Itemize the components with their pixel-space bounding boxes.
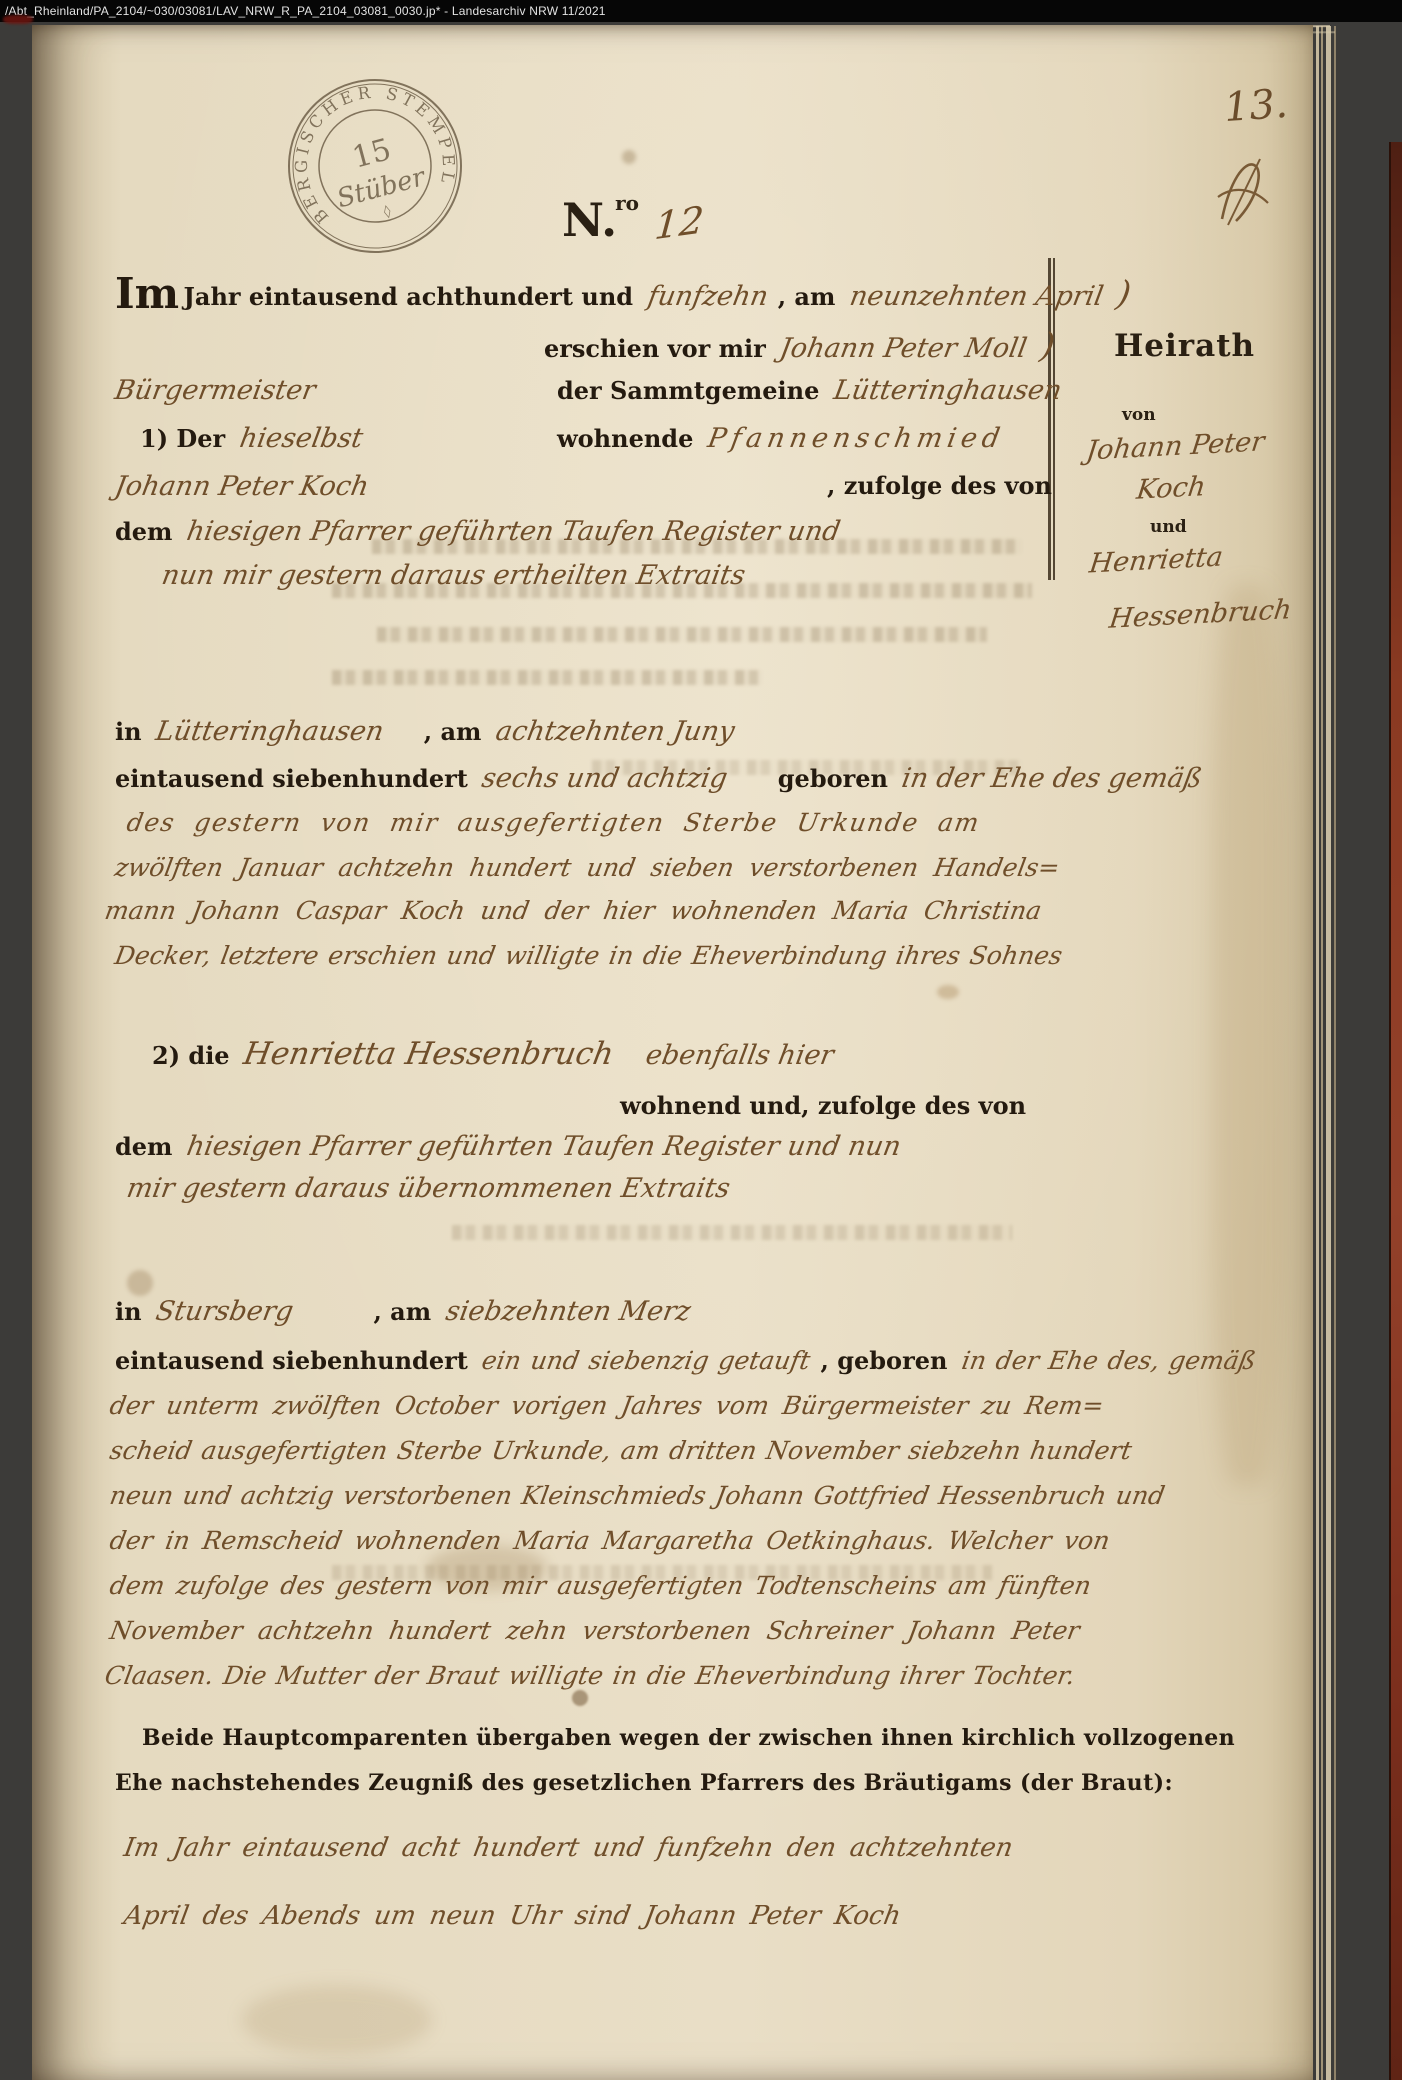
- document-line: mir gestern daraus übernommenen Extraits: [127, 1175, 736, 1203]
- printed-text: 2) die: [152, 1041, 230, 1070]
- handwritten-text: zwölften Januar achtzehn hundert und sie…: [113, 855, 1062, 881]
- document-line: eintausend siebenhundert ein und siebenz…: [115, 1348, 1261, 1374]
- handwritten-text: Bürgermeister: [113, 377, 318, 405]
- page-edge: [1326, 26, 1331, 2080]
- record-number-label: N.: [562, 193, 617, 247]
- revenue-stamp: BERGISCHER STEMPEL 15 Stüber ◊: [259, 50, 492, 283]
- margin-title: Heirath: [1114, 328, 1255, 364]
- document-line: Claasen. Die Mutter der Braut willigte i…: [105, 1663, 1081, 1689]
- document-line: Bürgermeister der Sammtgemeine Lüttering…: [115, 377, 1050, 405]
- handwritten-text: hieselbst: [237, 425, 364, 453]
- printed-text: Jahr eintausend achthundert und: [184, 282, 634, 311]
- printed-text: dem: [115, 1132, 172, 1161]
- stamp-diamond-icon: ◊: [382, 204, 393, 220]
- handwritten-text: der unterm zwölften October vorigen Jahr…: [108, 1393, 1106, 1419]
- document-line: erschien vor mir Johann Peter Moll ): [544, 329, 1060, 365]
- stain: [622, 150, 636, 164]
- handwritten-text: Henrietta Hessenbruch: [241, 1038, 616, 1071]
- handwritten-text: siebzehnten Merz: [443, 1298, 692, 1326]
- page-edge: [1316, 26, 1319, 2080]
- printed-text: Im: [115, 269, 179, 318]
- binding-red-corner: [3, 15, 33, 24]
- document-line: in Stursberg , am siebzehnten Merz: [115, 1298, 696, 1326]
- handwritten-text: in der Ehe des, gemäß: [960, 1348, 1258, 1374]
- flourish: ): [1038, 329, 1058, 365]
- margin-bride-first-name: Henrietta: [1088, 542, 1225, 580]
- document-line: mann Johann Caspar Koch und der hier woh…: [105, 898, 1047, 924]
- handwritten-text: neun und achtzig verstorbenen Kleinschmi…: [108, 1483, 1167, 1509]
- document-line: Im Jahr eintausend acht hundert und funf…: [124, 1835, 1018, 1862]
- handwritten-text: Lütteringhausen: [831, 377, 1063, 405]
- margin-von-label: von: [1122, 405, 1156, 425]
- printed-text: geboren: [778, 764, 888, 793]
- handwritten-text: Stursberg: [154, 1298, 296, 1326]
- document-line: in Lütteringhausen , am achtzehnten Juny: [115, 718, 740, 746]
- book-spine-red-edge: [1389, 142, 1402, 2080]
- document-line: dem hiesigen Pfarrer geführten Taufen Re…: [115, 518, 846, 546]
- document-line: Johann Peter Koch , zufolge des von: [115, 473, 1050, 501]
- document-line: nun mir gestern daraus ertheilten Extrai…: [162, 562, 751, 590]
- record-number-value: 12: [653, 198, 705, 248]
- printed-text: erschien vor mir: [544, 334, 766, 363]
- document-line: April des Abends um neun Uhr sind Johann…: [124, 1903, 906, 1930]
- document-line: eintausend siebenhundert sechs und achtz…: [115, 765, 1208, 793]
- printed-text: Beide Hauptcomparenten übergaben wegen d…: [142, 1725, 1235, 1751]
- document-line: Decker, letztere erschien und willigte i…: [115, 943, 1068, 969]
- handwritten-text: nun mir gestern daraus ertheilten Extrai…: [160, 562, 748, 590]
- stain: [937, 985, 959, 999]
- document-line: November achtzehn hundert zehn verstorbe…: [110, 1618, 1085, 1644]
- printed-text: , geboren: [821, 1346, 948, 1375]
- handwritten-text: Decker, letztere erschien und willigte i…: [113, 943, 1065, 969]
- document-line: 2) die Henrietta Hessenbruch ebenfalls h…: [152, 1038, 839, 1071]
- bleedthrough-text: [452, 1225, 1012, 1240]
- document-line: Im Jahr eintausend achthundert und funfz…: [115, 269, 1136, 313]
- document-line: neun und achtzig verstorbenen Kleinschmi…: [110, 1483, 1170, 1509]
- printed-text: dem: [115, 517, 172, 546]
- document-line: wohnend und, zufolge des von: [620, 1093, 1026, 1119]
- page-edge: [1321, 26, 1323, 2080]
- stamp-value: 15: [349, 132, 395, 176]
- document-line: der unterm zwölften October vorigen Jahr…: [110, 1393, 1109, 1419]
- handwritten-text: Claasen. Die Mutter der Braut willigte i…: [103, 1663, 1077, 1689]
- document-line: Beide Hauptcomparenten übergaben wegen d…: [142, 1727, 1235, 1750]
- printed-text: eintausend siebenhundert: [115, 764, 468, 793]
- handwritten-text: dem zufolge des gestern von mir ausgefer…: [108, 1573, 1093, 1599]
- document-line: des gestern von mir ausgefertigten Sterb…: [127, 810, 986, 836]
- stain: [127, 1270, 153, 1296]
- margin-groom-last-name: Koch: [1135, 471, 1208, 506]
- handwritten-text: ebenfalls hier: [643, 1042, 835, 1070]
- record-number-heading: N.ro 12: [562, 193, 710, 247]
- printed-text: in: [115, 717, 142, 746]
- printed-text: in: [115, 1297, 142, 1326]
- handwritten-text: Johann Peter Koch: [113, 473, 371, 501]
- page-edge: [1334, 26, 1336, 2080]
- handwritten-text: mann Johann Caspar Koch und der hier woh…: [103, 898, 1044, 924]
- handwritten-text: hiesigen Pfarrer geführten Taufen Regist…: [184, 518, 842, 546]
- margin-groom-first-name: Johann Peter: [1084, 426, 1266, 466]
- printed-text: , am: [424, 717, 482, 746]
- handwritten-text: scheid ausgefertigten Sterbe Urkunde, am…: [108, 1438, 1134, 1464]
- bleedthrough-text: [377, 627, 987, 642]
- document-line: Ehe nachstehendes Zeugniß des gesetzlich…: [115, 1772, 1173, 1795]
- screenshot-root: { "colors": { "paper": "#e7dcc3", "print…: [0, 0, 1402, 2080]
- handwritten-text: Lütteringhausen: [154, 718, 386, 746]
- record-number-sup: ro: [615, 191, 639, 215]
- printed-text: der Sammtgemeine: [557, 376, 819, 405]
- document-line: dem zufolge des gestern von mir ausgefer…: [110, 1573, 1097, 1599]
- printed-text: , am: [778, 282, 836, 311]
- printed-text: wohnende: [557, 424, 693, 453]
- correction-mark: [1214, 153, 1272, 233]
- document-line: scheid ausgefertigten Sterbe Urkunde, am…: [110, 1438, 1138, 1464]
- document-line: dem hiesigen Pfarrer geführten Taufen Re…: [115, 1133, 906, 1161]
- page-number: 13.: [1222, 81, 1289, 131]
- margin-und-label: und: [1150, 517, 1187, 537]
- printed-text: , zufolge des von: [827, 471, 1052, 500]
- title-bar-text: /Abt_Rheinland/PA_2104/~030/03081/LAV_NR…: [5, 4, 606, 18]
- handwritten-text: ein und siebenzig getauft: [480, 1348, 812, 1374]
- bleedthrough-text: [332, 670, 762, 685]
- title-bar: /Abt_Rheinland/PA_2104/~030/03081/LAV_NR…: [0, 0, 1402, 22]
- ink-spot: [572, 1690, 588, 1706]
- document-line: der in Remscheid wohnenden Maria Margare…: [110, 1528, 1115, 1554]
- handwritten-text: mir gestern daraus übernommenen Extraits: [125, 1175, 733, 1203]
- printed-text: , am: [373, 1297, 431, 1326]
- handwritten-text: Johann Peter Moll: [778, 335, 1029, 363]
- handwritten-text: funfzehn: [645, 283, 770, 311]
- printed-text: 1) Der: [140, 424, 225, 453]
- printed-text: Ehe nachstehendes Zeugniß des gesetzlich…: [115, 1770, 1173, 1796]
- handwritten-text: neunzehnten April: [847, 283, 1105, 311]
- stain: [242, 1985, 432, 2055]
- handwritten-text: April des Abends um neun Uhr sind Johann…: [122, 1903, 903, 1930]
- handwritten-text: Pfannenschmied: [705, 425, 1006, 453]
- handwritten-text: November achtzehn hundert zehn verstorbe…: [108, 1618, 1082, 1644]
- handwritten-text: sechs und achtzig: [480, 765, 730, 793]
- handwritten-text: der in Remscheid wohnenden Maria Margare…: [108, 1528, 1112, 1554]
- flourish: ): [1114, 277, 1134, 313]
- handwritten-text: des gestern von mir ausgefertigten Sterb…: [125, 810, 982, 836]
- handwritten-text: hiesigen Pfarrer geführten Taufen Regist…: [184, 1133, 903, 1161]
- printed-text: wohnend und, zufolge des von: [620, 1091, 1026, 1120]
- handwritten-text: achtzehnten Juny: [493, 718, 736, 746]
- document-line: 1) Der hieselbst wohnende Pfannenschmied: [140, 425, 1050, 453]
- printed-text: eintausend siebenhundert: [115, 1346, 468, 1375]
- handwritten-text: Im Jahr eintausend acht hundert und funf…: [122, 1835, 1015, 1862]
- handwritten-text: in der Ehe des gemäß: [900, 765, 1205, 793]
- document-page: BERGISCHER STEMPEL 15 Stüber ◊ 13. N.ro …: [32, 25, 1313, 2080]
- document-line: zwölften Januar achtzehn hundert und sie…: [115, 855, 1065, 881]
